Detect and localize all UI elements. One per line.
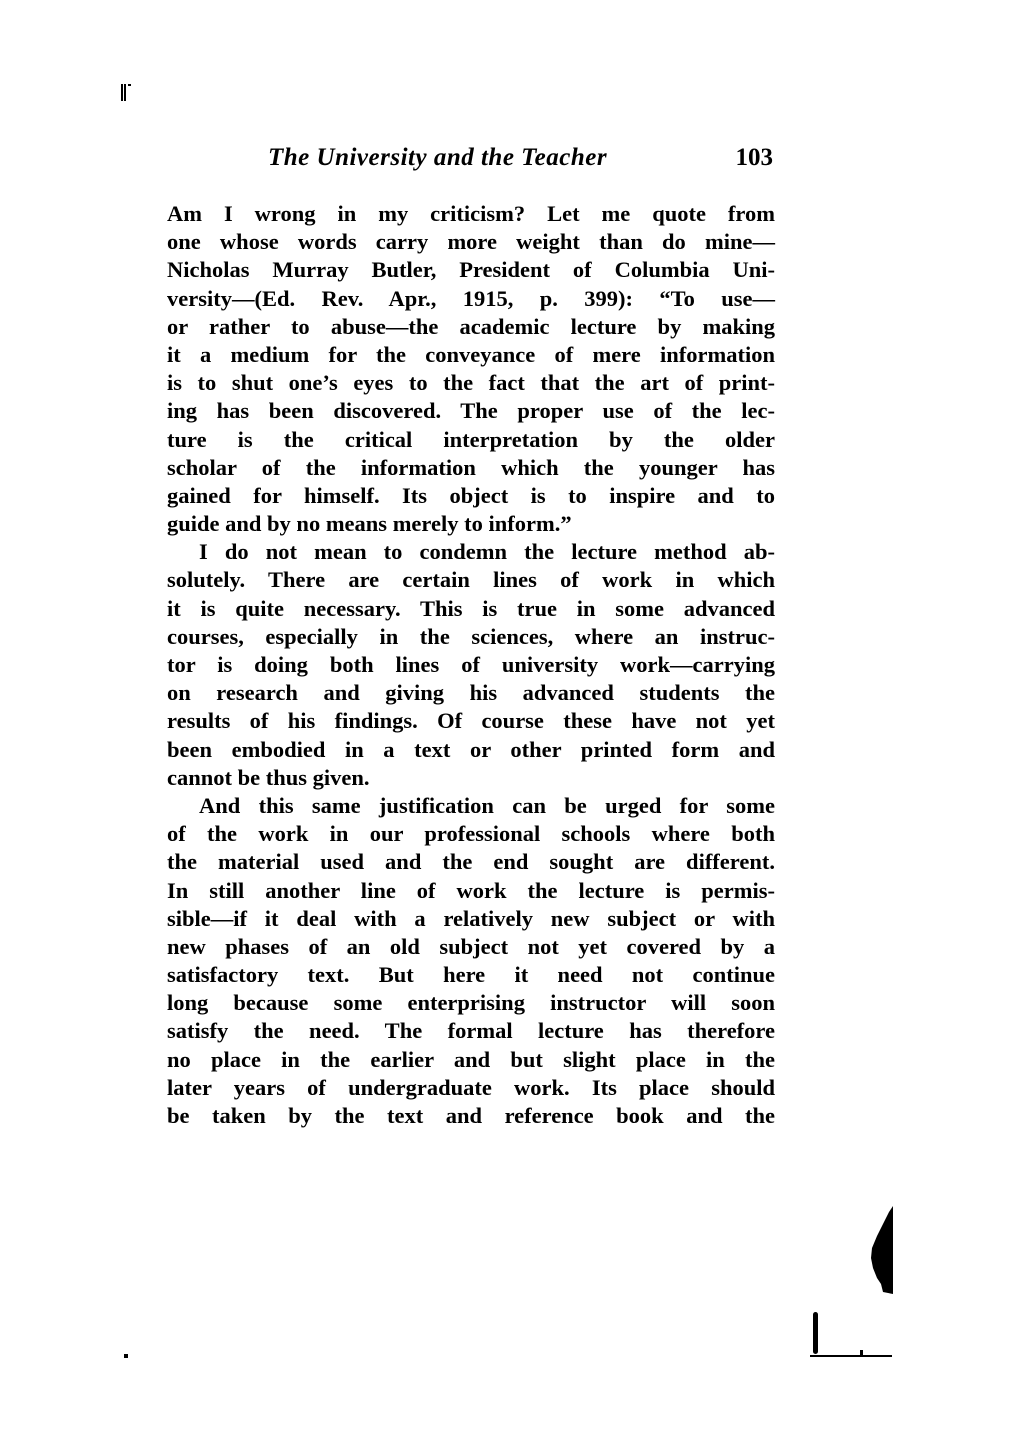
text-line: gained for himself. Its object is to ins… [167, 482, 775, 510]
scan-blot [869, 1206, 895, 1294]
text-line: on research and giving his advanced stud… [167, 679, 775, 707]
text-line: long because some enterprising instructo… [167, 989, 775, 1017]
text-line: solutely. There are certain lines of wor… [167, 566, 775, 594]
text-line: be taken by the text and reference book … [167, 1102, 775, 1130]
text-line: the material used and the end sought are… [167, 848, 775, 876]
paragraph-1: Am I wrong in my criticism? Let me quote… [167, 200, 775, 538]
text-line: ing has been discovered. The proper use … [167, 397, 775, 425]
text-line: cannot be thus given. [167, 764, 775, 792]
text-line: later years of undergraduate work. Its p… [167, 1074, 775, 1102]
text-line: one whose words carry more weight than d… [167, 228, 775, 256]
paragraph-3: And this same justification can be urged… [167, 792, 775, 1130]
scan-mark [813, 1312, 818, 1354]
text-line: sible—if it deal with a relatively new s… [167, 905, 775, 933]
running-title: The University and the Teacher [268, 141, 607, 175]
text-line: results of his findings. Of course these… [167, 707, 775, 735]
text-line: satisfactory text. But here it need not … [167, 961, 775, 989]
text-line: versity—(Ed. Rev. Apr., 1915, p. 399): “… [167, 285, 775, 313]
text-line: of the work in our professional schools … [167, 820, 775, 848]
paragraph-2: I do not mean to condemn the lecture met… [167, 538, 775, 792]
text-line: scholar of the information which the you… [167, 454, 775, 482]
body-text: Am I wrong in my criticism? Let me quote… [167, 200, 775, 1130]
text-line: is to shut one’s eyes to the fact that t… [167, 369, 775, 397]
text-line: guide and by no means merely to inform.” [167, 510, 775, 538]
scan-mark [121, 84, 123, 101]
page-number: 103 [736, 141, 774, 175]
scan-mark [860, 1350, 863, 1356]
text-line: satisfy the need. The formal lecture has… [167, 1017, 775, 1045]
book-page: The University and the Teacher 103 Am I … [0, 0, 1010, 1454]
text-line: In still another line of work the lectur… [167, 877, 775, 905]
text-line: no place in the earlier and but slight p… [167, 1046, 775, 1074]
text-line: And this same justification can be urged… [167, 792, 775, 820]
text-line: tor is doing both lines of university wo… [167, 651, 775, 679]
text-line: been embodied in a text or other printed… [167, 736, 775, 764]
text-line: Nicholas Murray Butler, President of Col… [167, 256, 775, 284]
text-line: Am I wrong in my criticism? Let me quote… [167, 200, 775, 228]
text-line: new phases of an old subject not yet cov… [167, 933, 775, 961]
text-line: or rather to abuse—the academic lecture … [167, 313, 775, 341]
scan-mark [128, 84, 131, 86]
text-line: ture is the critical interpretation by t… [167, 426, 775, 454]
scan-dot [124, 1354, 128, 1358]
text-line: it a medium for the conveyance of mere i… [167, 341, 775, 369]
text-line: it is quite necessary. This is true in s… [167, 595, 775, 623]
scan-mark [124, 84, 126, 101]
scan-rule [810, 1355, 892, 1357]
running-head: The University and the Teacher 103 [268, 141, 773, 175]
text-line: I do not mean to condemn the lecture met… [167, 538, 775, 566]
text-line: courses, especially in the sciences, whe… [167, 623, 775, 651]
